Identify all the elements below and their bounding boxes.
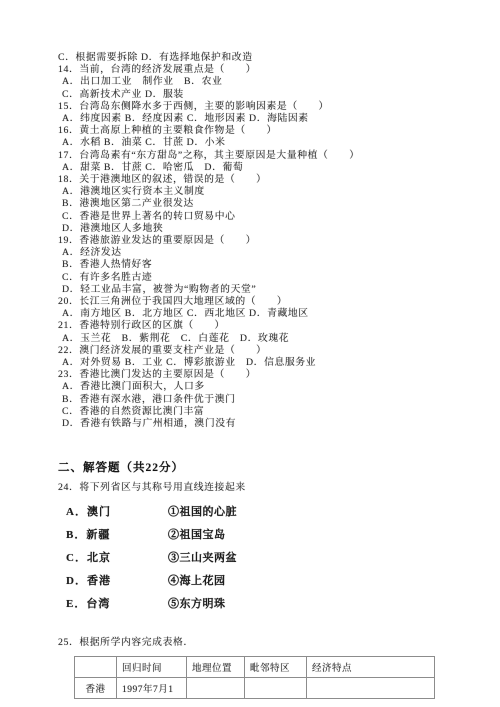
table-cell xyxy=(307,678,435,699)
table-header-cell: 经济特点 xyxy=(307,657,435,678)
table-header-cell: 地理位置 xyxy=(187,657,245,678)
table-cell xyxy=(245,678,307,699)
mcq-option-line: D．轻工业品丰富，被誉为“购物者的天堂” xyxy=(62,284,460,296)
mcq-option-line: A．纬度因素 B．经度因素 C．地形因素 D．海陆因素 xyxy=(62,113,460,125)
mcq-option-line: D．港澳地区人多地狭 xyxy=(62,223,460,235)
match-right-item: ③三山夹两盆 xyxy=(168,549,237,565)
mcq-option-line: D．香港有铁路与广州相通，澳门没有 xyxy=(62,418,460,430)
table-row: 香港1997年7月1 xyxy=(75,678,435,699)
mcq-question-stem: 18．关于港澳地区的叙述，错误的是（ ） xyxy=(58,174,460,186)
table-header-cell: 回归时间 xyxy=(117,657,187,678)
mcq-question-stem: 20．长江三角洲位于我国四大地理区域的（ ） xyxy=(58,296,460,308)
mcq-option-line: B．港澳地区第二产业很发达 xyxy=(62,198,460,210)
mcq-question-stem: 14．当前，台湾的经济发展重点是（ ） xyxy=(58,64,460,76)
partial-options-line: C．根据需要拆除 D．有选择地保护和改造 xyxy=(58,52,460,64)
mcq-option-line: A．香港比澳门面积大，人口多 xyxy=(62,381,460,393)
match-row: B．新疆②祖国宝岛 xyxy=(58,522,460,545)
mcq-option-line: A．水稻 B．油菜 C．甘蔗 D．小米 xyxy=(62,137,460,149)
match-right-item: ①祖国的心脏 xyxy=(168,503,237,519)
q25-stem: 25．根据所学内容完成表格． xyxy=(58,636,460,650)
mcq-question-stem: 15．台湾岛东侧降水多于西侧，主要的影响因素是（ ） xyxy=(58,101,460,113)
mcq-option-line: A．经济发达 xyxy=(62,247,460,259)
mcq-option-line: C．香港是世界上著名的转口贸易中心 xyxy=(62,211,460,223)
mcq-option-line: A．港澳地区实行资本主义制度 xyxy=(62,186,460,198)
match-left-item: D．香港 xyxy=(66,572,168,588)
match-left-item: E．台湾 xyxy=(66,595,168,611)
table-header-cell xyxy=(75,657,117,678)
q25-table: 回归时间地理位置毗邻特区经济特点 香港1997年7月1 xyxy=(74,656,435,699)
table-cell: 1997年7月1 xyxy=(117,678,187,699)
mcq-option-line: C．高新技术产业 D．服装 xyxy=(62,89,460,101)
q24-matching-block: A．澳门①祖国的心脏B．新疆②祖国宝岛C．北京③三山夹两盆D．香港④海上花园E．… xyxy=(58,499,460,614)
match-row: A．澳门①祖国的心脏 xyxy=(58,499,460,522)
table-body: 香港1997年7月1 xyxy=(75,678,435,699)
exam-page: C．根据需要拆除 D．有选择地保护和改造 14．当前，台湾的经济发展重点是（ ）… xyxy=(0,0,500,707)
table-header-cell: 毗邻特区 xyxy=(245,657,307,678)
mcq-question-stem: 22．澳门经济发展的重要支柱产业是（ ） xyxy=(58,345,460,357)
match-right-item: ⑤东方明珠 xyxy=(168,595,226,611)
table-cell xyxy=(187,678,245,699)
mcq-question-stem: 17．台湾岛素有“东方甜岛”之称，其主要原因是大量种植（ ） xyxy=(58,150,460,162)
mcq-option-line: A．南方地区 B．北方地区 C．西北地区 D．青藏地区 xyxy=(62,308,460,320)
exam-document: C．根据需要拆除 D．有选择地保护和改造 14．当前，台湾的经济发展重点是（ ）… xyxy=(58,52,460,699)
mcq-question-stem: 16．黄土高原上种植的主要粮食作物是（ ） xyxy=(58,125,460,137)
q24-stem: 24．将下列省区与其称号用直线连接起来 xyxy=(58,481,460,495)
match-right-item: ②祖国宝岛 xyxy=(168,526,226,542)
mcq-question-stem: 23．香港比澳门发达的主要原因是（ ） xyxy=(58,369,460,381)
match-left-item: A．澳门 xyxy=(66,503,168,519)
mcq-option-line: B．香港有深水港，港口条件优于澳门 xyxy=(62,394,460,406)
match-row: E．台湾⑤东方明珠 xyxy=(58,591,460,614)
match-row: C．北京③三山夹两盆 xyxy=(58,545,460,568)
match-left-item: B．新疆 xyxy=(66,526,168,542)
multiple-choice-section: 14．当前，台湾的经济发展重点是（ ）A．出口加工业 制作业 B．农业C．高新技… xyxy=(58,64,460,430)
mcq-option-line: C．有许多名胜古迹 xyxy=(62,272,460,284)
mcq-option-line: A．对外贸易 B．工业 C．博彩旅游业 D．信息服务业 xyxy=(62,357,460,369)
mcq-option-line: C．香港的自然资源比澳门丰富 xyxy=(62,406,460,418)
mcq-question-stem: 19．香港旅游业发达的重要原因是（ ） xyxy=(58,235,460,247)
match-left-item: C．北京 xyxy=(66,549,168,565)
mcq-option-line: B．香港人热情好客 xyxy=(62,259,460,271)
mcq-option-line: A．玉兰花 B．紫荆花 C．白莲花 D．玫瑰花 xyxy=(62,333,460,345)
mcq-question-stem: 21．香港特别行政区的区旗（ ） xyxy=(58,320,460,332)
match-right-item: ④海上花园 xyxy=(168,572,226,588)
match-row: D．香港④海上花园 xyxy=(58,568,460,591)
table-header-row: 回归时间地理位置毗邻特区经济特点 xyxy=(75,657,435,678)
mcq-option-line: A．出口加工业 制作业 B．农业 xyxy=(62,76,460,88)
table-cell: 香港 xyxy=(75,678,117,699)
mcq-option-line: A．甜菜 B．甘蔗 C．哈密瓜 D．葡萄 xyxy=(62,162,460,174)
section-two-heading: 二、解答题（共22分） xyxy=(58,459,460,475)
